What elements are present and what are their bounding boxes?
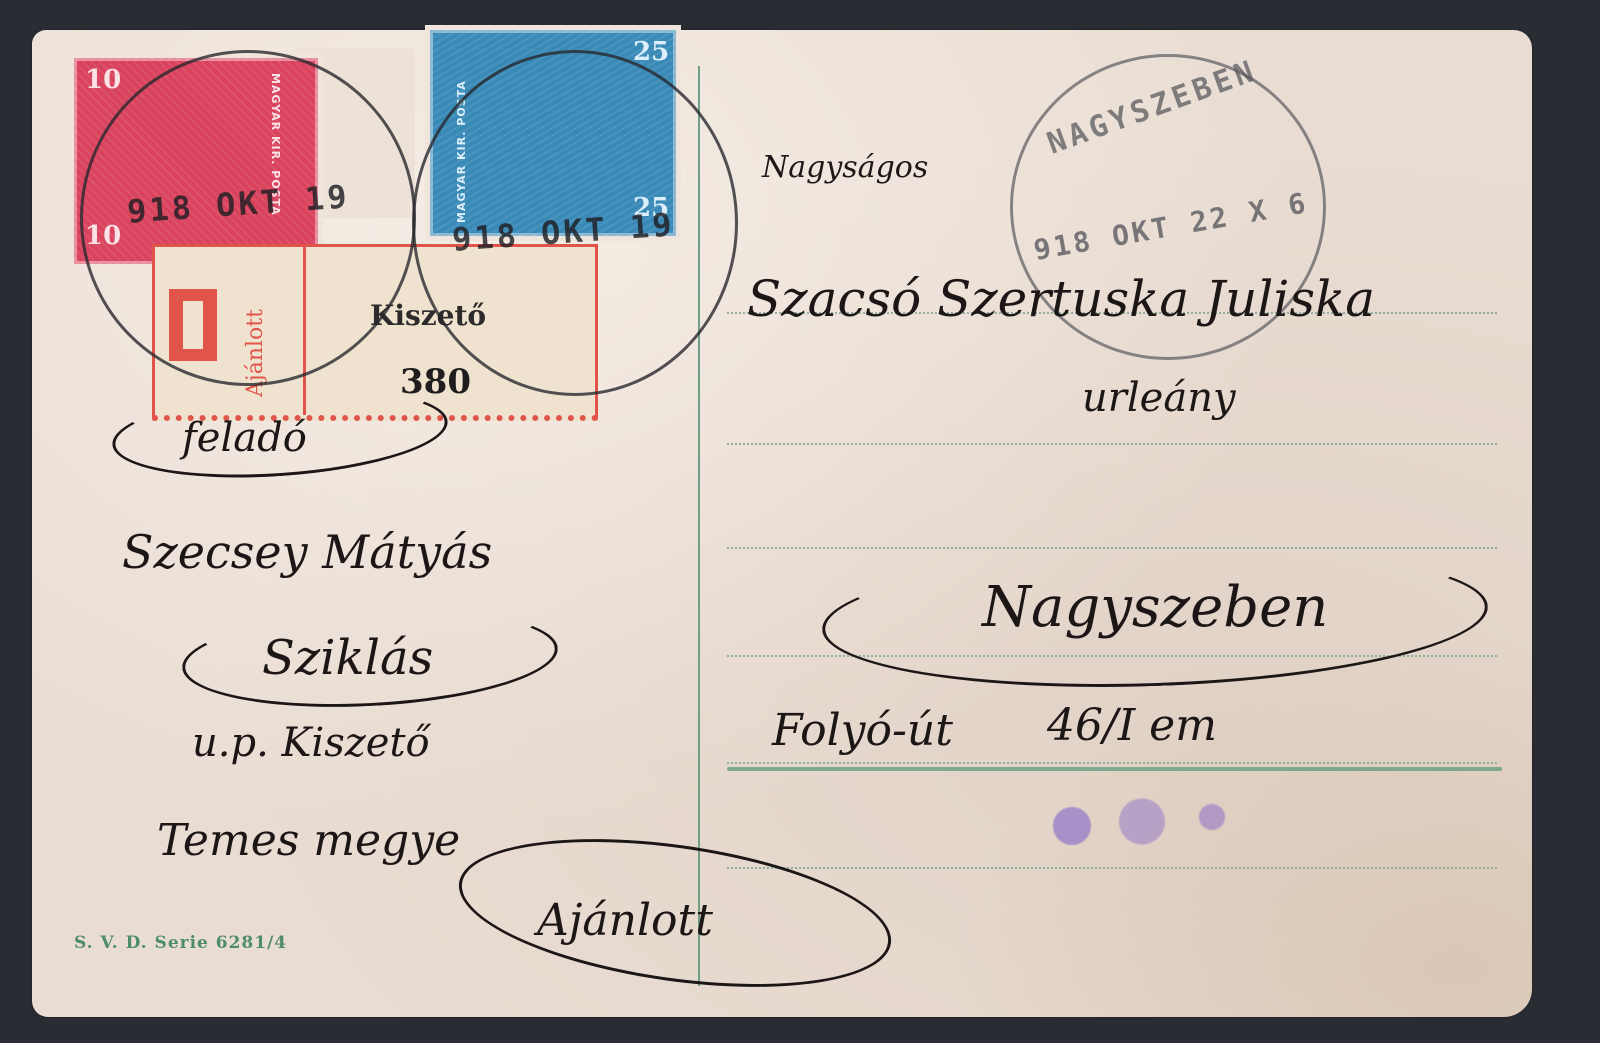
sender-post-office: u.p. Kiszető bbox=[192, 720, 430, 766]
postcard: 10 10 MAGYAR KIR. POSTA 25 25 MAGYAR KIR… bbox=[32, 30, 1532, 1017]
recipient-city-flourish bbox=[820, 538, 1490, 697]
recipient-house-number: 46/I em bbox=[1047, 700, 1217, 751]
publisher-imprint: S. V. D. Serie 6281/4 bbox=[74, 933, 287, 953]
recipient-title: urleány bbox=[1082, 375, 1236, 421]
recipient-salutation: Nagyságos bbox=[762, 150, 928, 185]
registration-number: 380 bbox=[400, 362, 471, 402]
stamp-value: 10 bbox=[85, 65, 121, 95]
address-line-3 bbox=[727, 547, 1497, 549]
stamp-value: 25 bbox=[633, 37, 669, 67]
sender-name: Szecsey Mátyás bbox=[122, 525, 492, 579]
address-line-5 bbox=[727, 762, 1497, 764]
recipient-street: Folyó-út bbox=[772, 705, 953, 756]
address-solid-line bbox=[727, 767, 1502, 771]
registered-note-oval bbox=[450, 815, 901, 1010]
sender-county: Temes megye bbox=[157, 815, 460, 866]
recipient-name: Szacsó Szertuska Juliska bbox=[747, 270, 1375, 328]
violet-ink-stamp bbox=[1042, 790, 1242, 880]
address-line-2 bbox=[727, 443, 1497, 445]
sender-place-flourish bbox=[180, 600, 561, 716]
